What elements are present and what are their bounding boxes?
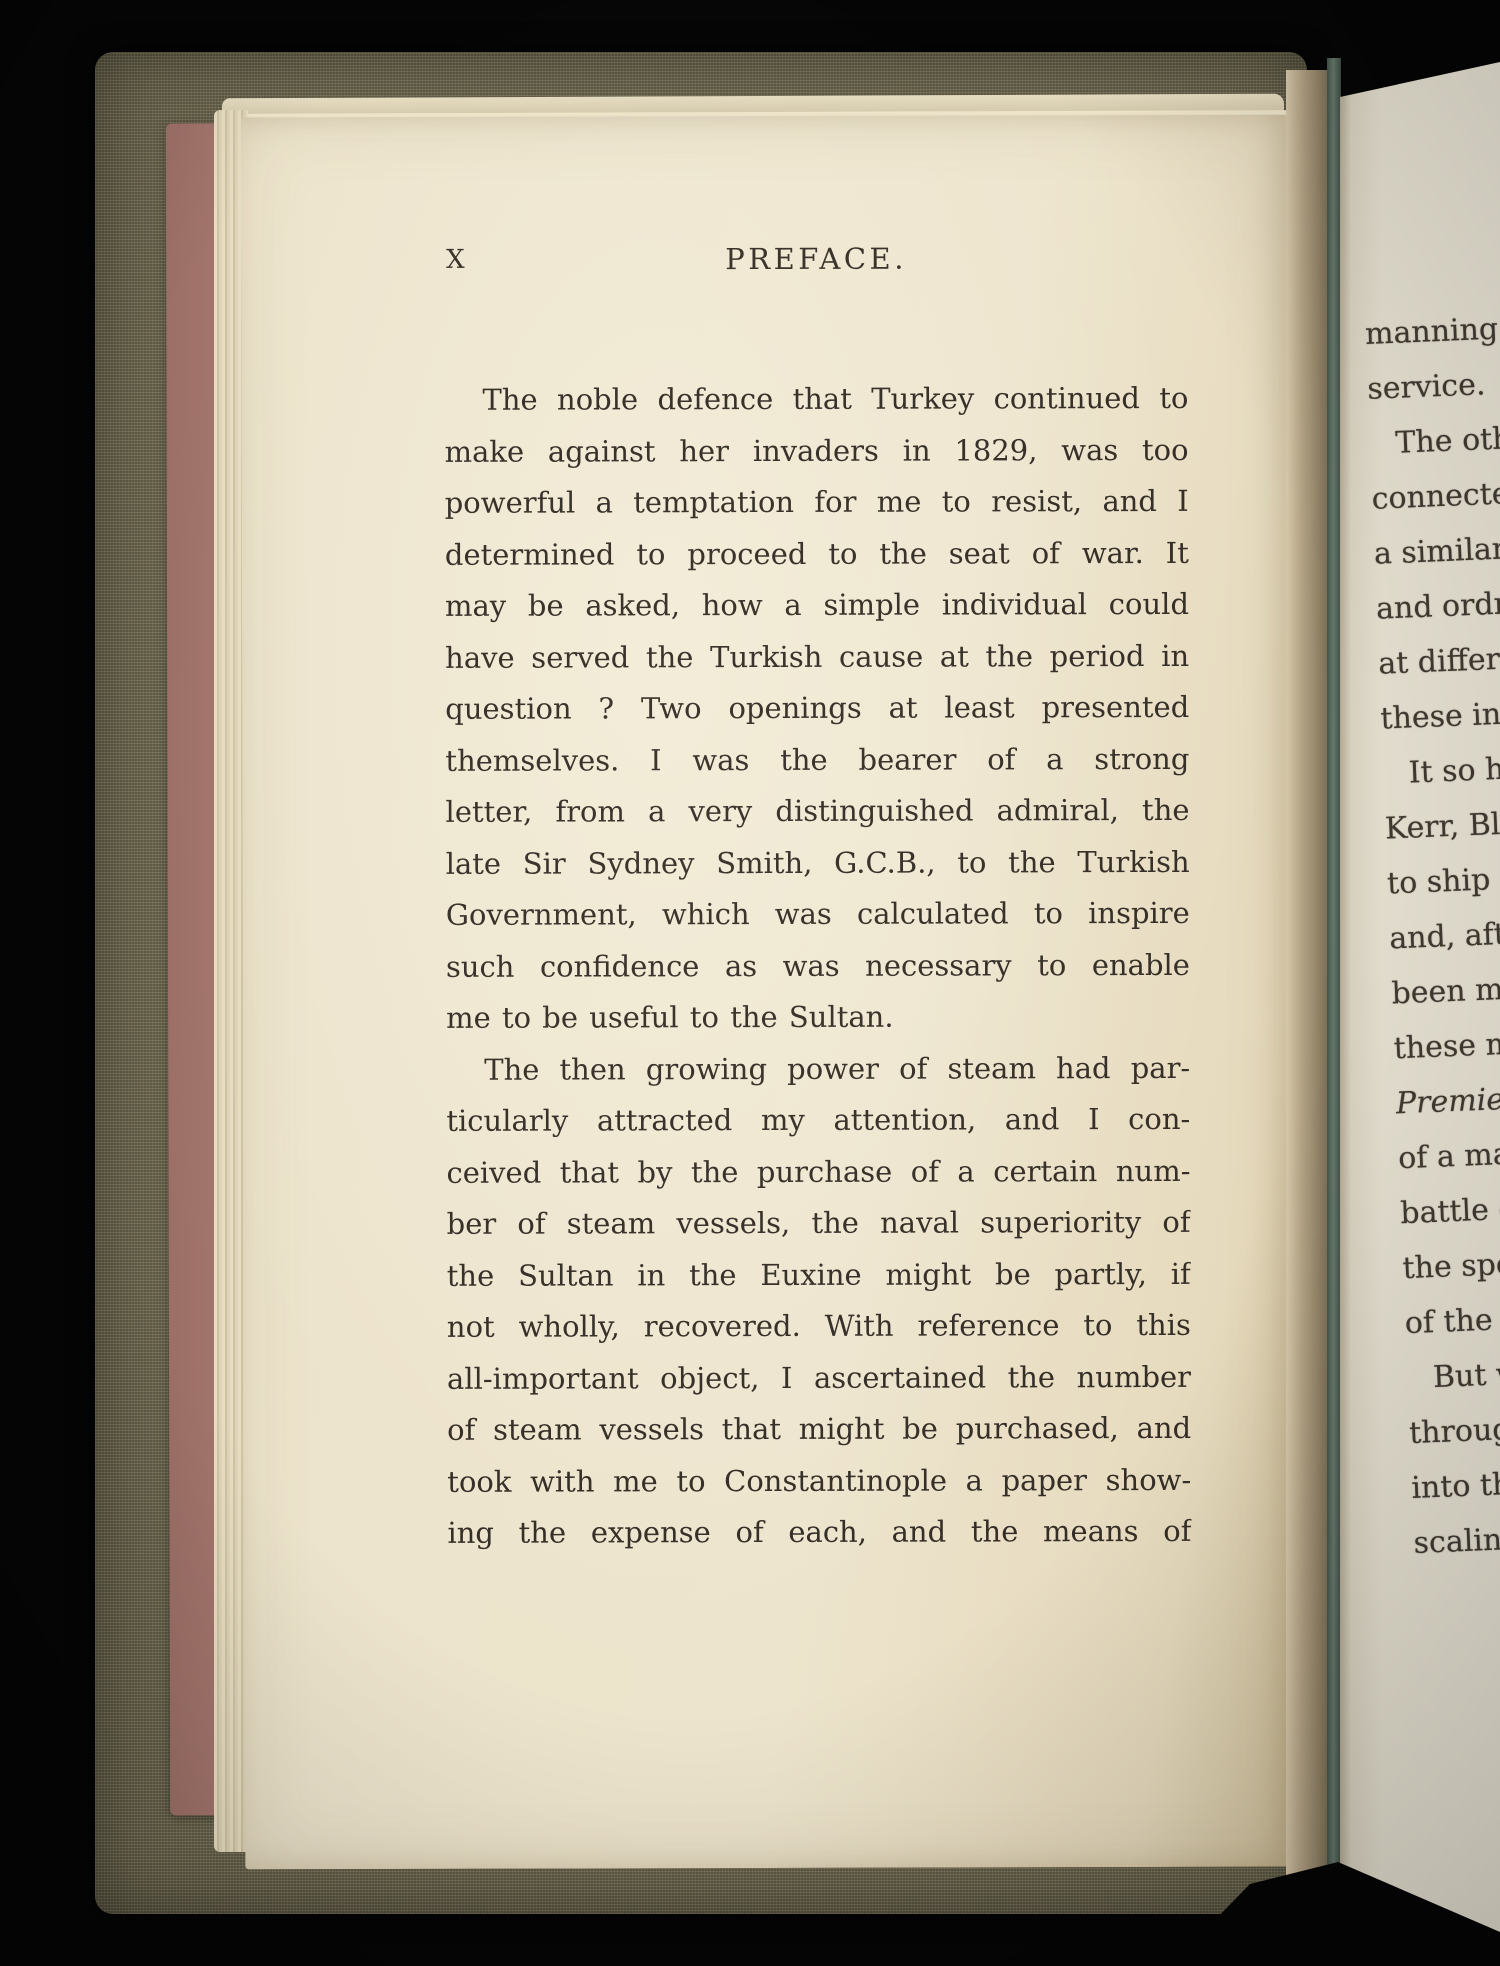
left-page: x PREFACE. The noble defence that Turkey… xyxy=(241,115,1294,1870)
spine-edge-line xyxy=(1327,58,1341,1918)
partial-text-line: the special d xyxy=(1402,1234,1500,1297)
partial-text-line: through the xyxy=(1408,1398,1500,1461)
partial-text-line: manning an xyxy=(1364,299,1500,362)
partial-text-line: service. xyxy=(1366,354,1500,417)
text-line: The noble defence that Turkey continued … xyxy=(444,373,1188,426)
partial-text-line: It so ha xyxy=(1382,739,1500,802)
text-line: took with me to Constantinople a paper s… xyxy=(447,1454,1191,1507)
text-line: of steam vessels that might be purchased… xyxy=(447,1403,1191,1456)
partial-text-line: of a man wh xyxy=(1397,1124,1500,1187)
book-photo-stage: x PREFACE. The noble defence that Turkey… xyxy=(0,0,1500,1966)
text-line: ticularly attracted my attention, and I … xyxy=(446,1094,1190,1147)
text-line: make against her invaders in 1829, was t… xyxy=(445,424,1189,477)
partial-text-line: The othe xyxy=(1368,409,1500,472)
partial-text-line: connected w xyxy=(1371,464,1500,527)
text-line: me to be useful to the Sultan. xyxy=(446,991,1190,1044)
partial-text-line: these includ xyxy=(1379,684,1500,747)
partial-text-line: battle of Le xyxy=(1399,1179,1500,1242)
premier-italic: Premier. xyxy=(1395,1081,1500,1121)
body-text-column: The noble defence that Turkey continued … xyxy=(444,373,1191,1559)
text-line: question ? Two openings at least present… xyxy=(445,682,1189,735)
text-line: have served the Turkish cause at the per… xyxy=(445,630,1189,683)
partial-text-line: these missile xyxy=(1393,1014,1500,1077)
text-line: powerful a temptation for me to resist, … xyxy=(445,476,1189,529)
right-page-partial: manning an service. The othe connected w… xyxy=(1340,55,1500,1940)
text-line: such confidence as was necessary to enab… xyxy=(446,939,1190,992)
text-line: determined to proceed to the seat of war… xyxy=(445,527,1189,580)
text-line: late Sir Sydney Smith, G.C.B., to the Tu… xyxy=(446,836,1190,889)
text-line: The then growing power of steam had par- xyxy=(446,1042,1190,1095)
partial-text-line: Kerr, Black xyxy=(1384,794,1500,857)
text-line: ing the expense of each, and the means o… xyxy=(447,1506,1191,1559)
partial-text-line-premier: Premier. M xyxy=(1395,1069,1500,1132)
page-gutter xyxy=(1286,70,1332,1890)
partial-text-line: of the Balka xyxy=(1404,1289,1500,1352)
text-line: ceived that by the purchase of a certain… xyxy=(446,1145,1190,1198)
partial-text-line: into the Dar xyxy=(1410,1453,1500,1516)
text-line: the Sultan in the Euxine might be partly… xyxy=(447,1248,1191,1301)
text-line: may be asked, how a simple individual co… xyxy=(445,579,1189,632)
partial-text-line: and, after xyxy=(1388,904,1500,967)
partial-text-line: been made f xyxy=(1390,959,1500,1022)
text-line: Government, which was calculated to insp… xyxy=(446,888,1190,941)
partial-text-line: at different xyxy=(1377,629,1500,692)
page-header: x PREFACE. xyxy=(444,235,1188,281)
partial-text-line: scaling those xyxy=(1413,1508,1500,1571)
partial-text-line: and ordnanc xyxy=(1375,574,1500,637)
text-line: ber of steam vessels, the naval superior… xyxy=(447,1197,1191,1250)
text-line: letter, from a very distinguished admira… xyxy=(445,785,1189,838)
text-line: all-important object, I ascertained the … xyxy=(447,1351,1191,1404)
page-title: PREFACE. xyxy=(444,241,1188,277)
partial-text-line: But whil xyxy=(1406,1344,1500,1407)
right-page-text-column: manning an service. The othe connected w… xyxy=(1364,299,1500,1571)
partial-text-line: a similar est xyxy=(1373,519,1500,582)
partial-text-line: to ship som xyxy=(1386,849,1500,912)
text-line: themselves. I was the bearer of a strong xyxy=(445,733,1189,786)
text-line: not wholly, recovered. With reference to… xyxy=(447,1300,1191,1353)
